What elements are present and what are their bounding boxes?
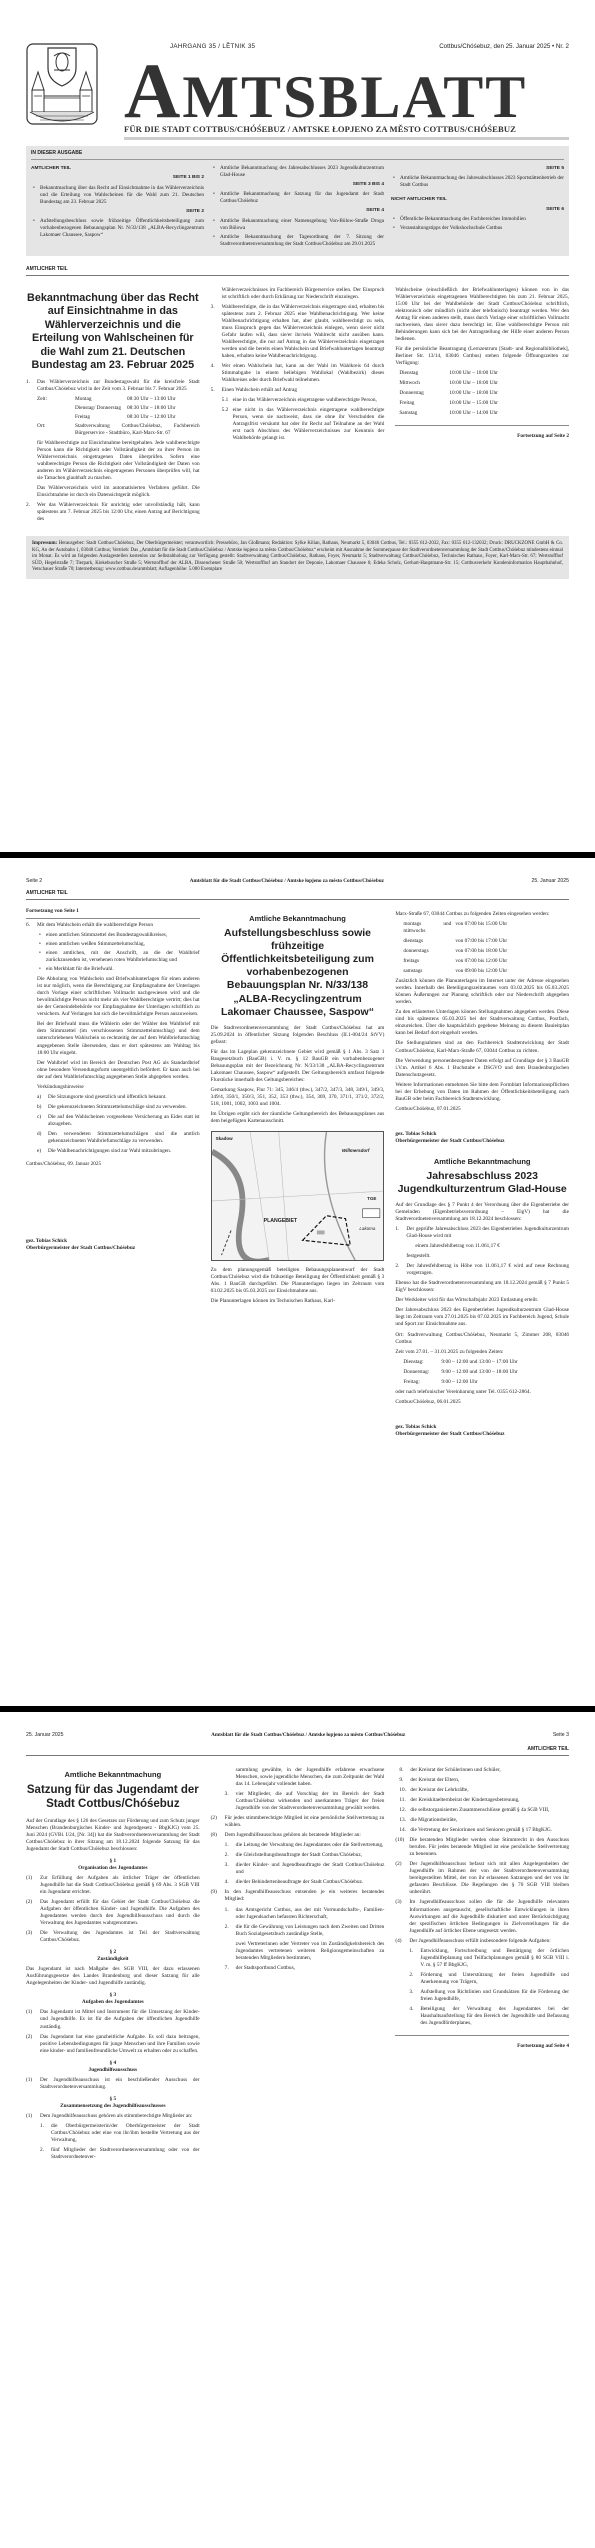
map-label: TGE — [367, 1196, 376, 1202]
list-item: 13.die Migrationsbeiräte, — [399, 1817, 569, 1824]
list-item: 5.Einen Wahlschein erhält auf Antrag — [211, 387, 385, 394]
list-item: (10)Die beratenden Mitglieder werden ohn… — [395, 1837, 569, 1858]
signature: gez. Tobias Schick Oberbürgermeister der… — [26, 1238, 200, 1252]
list-item: 3.Aufstellung von Richtlinien und Grunds… — [409, 1989, 569, 2003]
toc-column-3: SEITE 5 Amtliche Bekanntmachung des Jahr… — [391, 163, 564, 250]
section-label: AMTLICHER TEIL — [26, 266, 569, 276]
section-title: Aufgaben des Jugendamtes — [26, 1999, 200, 2006]
list-item: c)Die auf den Wahlscheinen vorgesehene V… — [37, 1114, 200, 1128]
article-bebauungsplan-cont: Marx-Straße 67, 03044 Cottbus zu folgend… — [395, 908, 569, 1438]
paragraph: Weitere Informationen entnehmen Sie bitt… — [395, 1082, 569, 1103]
toc-item[interactable]: Aufstellungsbeschluss sowie frühzeitige … — [31, 218, 204, 239]
paragraph: oder nach telefonischer Vereinbarung unt… — [395, 1389, 569, 1396]
article-heading: Aufstellungsbeschluss sowie frühzeitige … — [211, 927, 385, 1019]
place-date: Cottbus/Chóśebuz, 06.01.2025 — [395, 1399, 569, 1406]
list-item: 3.die/der Kinder- und Jugendbeauftragte … — [225, 1862, 385, 1876]
list-item: (1)Der Jugendhilfeausschuss ist ein besc… — [26, 2077, 200, 2091]
list-item: 5.2eine nicht in das Wählerverzeichnis e… — [222, 407, 385, 442]
section-title: Organisation des Jugendamtes — [26, 1865, 200, 1872]
article-wahl: Bekanntmachung über das Recht auf Einsic… — [26, 284, 569, 526]
paragraph: Ort: Stadtverwaltung Cottbus/Chóśebuz, N… — [395, 1332, 569, 1346]
paragraph: Zu dem planungsgemäß beteiligten Bebauun… — [211, 1267, 385, 1295]
article-kicker: Amtliche Bekanntmachung — [26, 1770, 200, 1780]
hours-table: Dienstag:9:00 – 12:00 und 13:00 – 17:00 … — [403, 1359, 569, 1386]
masthead: JAHRGANG 35 / LĚTNIK 35 Cottbus/Chóśebuz… — [26, 40, 569, 140]
city-crest-icon — [26, 40, 98, 126]
site-map-image: Skadow Willmersdorf PLANGEBIET TGE Lakom… — [211, 1131, 385, 1261]
paragraph: Der Werkleiter wird für das Wirtschaftsj… — [395, 1297, 569, 1304]
paragraph: Zeit vom 27.01. – 31.01.2025 zu folgende… — [395, 1349, 569, 1356]
list-item: 12.die selbstorganisierten Zusammenschlü… — [399, 1807, 569, 1814]
page-2: Seite 2 Amtsblatt für die Stadt Cottbus/… — [0, 858, 595, 1706]
map-label: PLANGEBIET — [264, 1218, 297, 1225]
article-jugendamt: Amtliche Bekanntmachung Satzung für das … — [26, 1764, 569, 2164]
list-item: 6.Mit dem Wahlschein erhält die wahlbere… — [26, 922, 200, 929]
list-item: 9.der Kreisrat der Eltern, — [399, 1777, 569, 1784]
list-item: (3)Im Jugendhilfeausschuss sollen die fü… — [395, 1899, 569, 1934]
list-item: (1)Dem Jugendhilfeausschuss gehören als … — [26, 2113, 200, 2120]
running-title: Amtsblatt für die Stadt Cottbus/Chóśebuz… — [190, 878, 384, 884]
section-number: § 5 — [26, 2096, 200, 2103]
list-item: (9)In den Jugendhilfeausschuss entsenden… — [211, 1889, 385, 1903]
hours-table: montags und mittwochsvon 07:00 bis 15:00… — [403, 921, 569, 975]
paragraph: Verkündungshinweise — [26, 1084, 200, 1091]
paragraph: Für die persönliche Beantragung (Lernzen… — [395, 346, 569, 367]
list-item: 1.die Oberbürgermeisterin/der Oberbürger… — [40, 2123, 200, 2144]
list-item: (4)Der Jugendhilfeausschuss erfüllt insb… — [395, 1938, 569, 1945]
toc-item[interactable]: Amtliche Bekanntmachung der Tagesordnung… — [211, 234, 384, 248]
article-kicker: Amtliche Bekanntmachung — [395, 1157, 569, 1167]
article-bebauungsplan: Amtliche Bekanntmachung Aufstellungsbesc… — [211, 908, 385, 1438]
list-item: (2)Für jedes stimmberechtigte Mitglied i… — [211, 1815, 385, 1829]
section-number: § 4 — [26, 2060, 200, 2067]
impressum: Impressum: Herausgeber: Stadt Cottbus/Ch… — [26, 536, 569, 579]
paragraph: einem Jahresfehlbetrag von 11.061,17 € — [395, 1243, 569, 1250]
section-title: Zusammensetzung des Jugendhilfeausschuss… — [26, 2103, 200, 2110]
list-item: d)Den verwendeten Stimmzettelumschlägen … — [37, 1131, 200, 1145]
paragraph: Das Wählerverzeichnis wird im automatisi… — [26, 485, 200, 499]
toc-item[interactable]: Amtliche Bekanntmachung des Jahresabschl… — [211, 165, 384, 179]
opening-hours-table: Dienstag10:00 Uhr – 18:00 Uhr Mittwoch10… — [399, 370, 569, 417]
list-item: (8)Dem Jugendhilfeausschuss gehören als … — [211, 1832, 385, 1839]
list-item: 2.Wer das Wählerverzeichnis für unrichti… — [26, 502, 200, 523]
list-item: (3)Die Verwaltung des Jugendamtes ist Te… — [26, 1930, 200, 1944]
page-number: Seite 3 — [553, 1732, 569, 1738]
paragraph: Wahlscheine (einschließlich der Briefwah… — [395, 287, 569, 343]
paragraph: Zusätzlich können die Planunterlagen im … — [395, 978, 569, 1006]
title-rest: MTSBLATT — [182, 64, 527, 130]
paragraph: Die Abholung von Wahlschein und Briefwah… — [26, 976, 200, 1018]
page-number: Seite 2 — [26, 878, 42, 884]
list-item: 3.vier Mitglieder, die auf Vorschlag der… — [225, 1791, 385, 1812]
table-of-contents: IN DIESER AUSGABE AMTLICHER TEIL SEITE 1… — [26, 146, 569, 256]
article-glad-house: Amtliche Bekanntmachung Jahresabschluss … — [395, 1157, 569, 1438]
toc-item[interactable]: Öffentliche Bekanntmachung des Fachberei… — [391, 216, 564, 223]
article-heading: Bekanntmachung über das Recht auf Einsic… — [26, 292, 200, 373]
list-item: e)Die Wahlbenachrichtigungen sind zur Wa… — [37, 1148, 200, 1155]
paragraph: Der Jahresabschluss 2023 des Eigenbetrie… — [395, 1307, 569, 1328]
issue-date: 25. Januar 2025 — [26, 1732, 64, 1738]
paragraph: Für das im Lageplan gekennzeichnete Gebi… — [211, 1049, 385, 1084]
signature: gez. Tobias Schick Oberbürgermeister der… — [395, 1424, 569, 1438]
paragraph: Die Verwendung personenbezogener Daten e… — [395, 1058, 569, 1079]
running-header: 25. Januar 2025 Amtsblatt für die Stadt … — [26, 1732, 569, 1738]
toc-item[interactable]: Bekanntmachung über das Recht auf Einsic… — [31, 185, 204, 206]
impressum-label: Impressum: — [32, 541, 57, 546]
title-initial: A — [124, 47, 182, 134]
continued-from: Fortsetzung von Seite 1 — [26, 908, 200, 919]
paragraph: Das Jugendamt ist nach Maßgabe des SGB V… — [26, 1966, 200, 1987]
article-wahl-continued: Fortsetzung von Seite 1 6.Mit dem Wahlsc… — [26, 908, 200, 1438]
list-item: b)Die gekennzeichneten Stimmzettelumschl… — [37, 1104, 200, 1111]
paragraph: Gemarkung Saspow, Flur 71: 345, 346/4 (t… — [211, 1087, 385, 1108]
paragraph: Ebenso hat die Stadtverordnetenversammlu… — [395, 1280, 569, 1294]
issue-date-number: Cottbus/Chóśebuz, den 25. Januar 2025 • … — [439, 43, 569, 50]
list-item: 4.Wer einen Wahlschein hat, kann an der … — [211, 363, 385, 384]
toc-item[interactable]: Amtliche Bekanntmachung des Jahresabschl… — [391, 175, 564, 189]
paragraph: Auf der Grundlage des § 126 des Gesetzes… — [26, 1818, 200, 1853]
list-item: a)Die Sitzungsorte sind gesetzlich und ö… — [37, 1094, 200, 1101]
toc-section-label: NICHT AMTLICHER TEIL — [391, 197, 564, 203]
list-item: 1.Das Wählerverzeichnis zur Bundestagswa… — [26, 379, 200, 393]
paragraph: Auf der Grundlage des § 7 Punkt 4 der Ve… — [395, 1202, 569, 1223]
hours-table: Zeit:Montag08:30 Uhr – 13:00 Uhr Diensta… — [37, 396, 200, 437]
paragraph: Im Übrigen ergibt sich der räumliche Gel… — [211, 1111, 385, 1125]
page-1: JAHRGANG 35 / LĚTNIK 35 Cottbus/Chóśebuz… — [0, 0, 595, 852]
list-item: 1.Entwicklung, Fortschreibung und Bestät… — [409, 1948, 569, 1969]
list-item: 1.das Amtsgericht Cottbus, aus der mit V… — [225, 1907, 385, 1921]
list-item: 2.Der Jahresfehlbetrag in Höhe von 11.06… — [395, 1263, 569, 1277]
list-item: einen amtlichen Stimmzettel des Bundesta… — [37, 932, 200, 939]
toc-page-ref: SEITE 2 — [31, 209, 204, 215]
toc-item[interactable]: Amtliche Bekanntmachung einer Namensgebu… — [211, 218, 384, 232]
issue-date: 25. Januar 2025 — [531, 878, 569, 884]
list-item: 2.Förderung und Unterstützung der freien… — [409, 1972, 569, 1986]
list-item: einen amtlichen weißen Stimmzettelumschl… — [37, 941, 200, 948]
list-item: 1.Der geprüfte Jahresabschluss 2023 des … — [395, 1226, 569, 1240]
paragraph: festgestellt. — [395, 1253, 569, 1260]
section-title: Jugendhilfeausschuss — [26, 2067, 200, 2074]
section-number: § 3 — [26, 1992, 200, 1999]
list-item: 8.der Kreisrat der Schülerinnen und Schü… — [399, 1767, 569, 1774]
list-item: (2)Das Jugendamt hat eine ganzheitliche … — [26, 2034, 200, 2055]
section-number: § 1 — [26, 1858, 200, 1865]
list-item: 10.der Kreisrat der Lehrkräfte, — [399, 1787, 569, 1794]
toc-section-label: AMTLICHER TEIL — [31, 166, 204, 172]
map-label: Willmersdorf — [342, 1148, 369, 1154]
list-item: (1)Das Jugendamt ist Mittel und Instrume… — [26, 2009, 200, 2030]
section-number: § 2 — [26, 1949, 200, 1956]
toc-page-ref: SEITE 6 — [391, 207, 564, 213]
article-heading: Jahresabschluss 2023 Jugendkulturzentrum… — [395, 1170, 569, 1196]
list-item: 3.Wahlberechtigte, die in das Wählerverz… — [211, 304, 385, 360]
list-item: 5.1eine in das Wählerverzeichnis eingetr… — [222, 397, 385, 404]
map-label: Skadow — [216, 1136, 233, 1142]
signature: gez. Tobias Schick Oberbürgermeister der… — [395, 1131, 569, 1145]
list-item: 4.die/der Behindertenbeauftragte der Sta… — [225, 1879, 385, 1886]
paragraph: sammlung gewählte, in der Jugendhilfe er… — [211, 1767, 385, 1788]
paragraph: Wählerverzeichnisses im Fachbereich Bürg… — [211, 287, 385, 301]
page-3: 25. Januar 2025 Amtsblatt für die Stadt … — [0, 1712, 595, 2548]
continuation-note[interactable]: Fortsetzung auf Seite 2 — [395, 425, 569, 440]
jahrgang: JAHRGANG 35 / LĚTNIK 35 — [170, 43, 255, 50]
list-item: (1)Zur Erfüllung der Aufgaben als örtlic… — [26, 1875, 200, 1896]
continuation-note[interactable]: Fortsetzung auf Seite 4 — [395, 2035, 569, 2050]
list-item: 11.der Kreiskitaelternbeirat der Kindert… — [399, 1797, 569, 1804]
place-date: Cottbus/Chóśebuz, 07.01.2025 — [395, 1106, 569, 1113]
list-item: ein Merkblatt für die Briefwahl. — [37, 966, 200, 973]
masthead-rule — [124, 137, 569, 140]
toc-item[interactable]: Amtliche Bekanntmachung der Satzung für … — [211, 191, 384, 205]
paragraph: Die Stadtverordnetenversammlung der Stad… — [211, 1025, 385, 1046]
paragraph: für Wahlberechtigte zur Einsichtnahme be… — [26, 440, 200, 482]
list-item: 4.Beteiligung der Verwaltung des Jugenda… — [409, 2006, 569, 2027]
paragraph: Marx-Straße 67, 03044 Cottbus zu folgend… — [395, 911, 569, 918]
list-item: einen amtlichen, mit der Anschrift, an d… — [37, 950, 200, 964]
list-item: 7.der Stadtsportbund Cottbus, — [225, 1965, 385, 1972]
toc-column-1: AMTLICHER TEIL SEITE 1 BIS 2 Bekanntmach… — [31, 163, 204, 250]
paragraph: Die Planunterlagen können im Technischen… — [211, 1298, 385, 1305]
list-item: 2.die für die Gewährung von Leistungen n… — [225, 1924, 385, 1938]
article-kicker: Amtliche Bekanntmachung — [211, 914, 385, 924]
toc-heading: IN DIESER AUSGABE — [31, 150, 564, 160]
section-label: AMTLICHER TEIL — [26, 890, 569, 900]
paragraph: Zu den erläuterten Unterlagen können Ste… — [395, 1009, 569, 1037]
place-date: Cottbus/Chóśebuz, 09. Januar 2025 — [26, 1161, 200, 1168]
impressum-text: Herausgeber: Stadt Cottbus/Chóśebuz, Der… — [32, 541, 563, 572]
running-header: Seite 2 Amtsblatt für die Stadt Cottbus/… — [26, 878, 569, 884]
article-heading: Satzung für das Jugendamt der Stadt Cott… — [26, 1783, 200, 1812]
section-label: AMTLICHER TEIL — [26, 1746, 569, 1756]
toc-item[interactable]: Veranstaltungstipps der Volkshochschule … — [391, 225, 564, 232]
list-item: 14.die Vertretung der Seniorinnen und Se… — [399, 1827, 569, 1834]
list-item: (2)Das Jugendamt erfüllt für das Gebiet … — [26, 1899, 200, 1927]
map-label: Lakoma — [359, 1226, 375, 1232]
toc-page-ref: SEITE 4 — [211, 208, 384, 214]
list-item: 2.die Gleichstellungsbeauftragte der Sta… — [225, 1852, 385, 1859]
paragraph: Bei der Briefwahl muss die Wählerin oder… — [26, 1021, 200, 1056]
paragraph: Die Stellungnahmen sind an den Fachberei… — [395, 1040, 569, 1054]
toc-page-ref: SEITE 3 BIS 4 — [211, 182, 384, 188]
list-item: 1.die Leitung der Verwaltung des Jugenda… — [225, 1842, 385, 1849]
running-title: Amtsblatt für die Stadt Cottbus/Chóśebuz… — [211, 1732, 405, 1738]
masthead-subtitle: FÜR DIE STADT COTTBUS/CHÓŚEBUZ / AMTSKE … — [124, 124, 516, 134]
toc-column-2: Amtliche Bekanntmachung des Jahresabschl… — [211, 163, 384, 250]
section-title: Zuständigkeit — [26, 1956, 200, 1963]
toc-page-ref: SEITE 5 — [391, 166, 564, 172]
paragraph: Der Wahlbrief wird im Bereich der Deutsc… — [26, 1060, 200, 1081]
masthead-title: AMTSBLATT — [124, 52, 527, 130]
paragraph: zwei Vertreterinnen oder Vertreter von i… — [211, 1941, 385, 1962]
list-item: (2)Der Jugendhilfeausschuss befasst sich… — [395, 1861, 569, 1896]
toc-page-ref: SEITE 1 BIS 2 — [31, 175, 204, 181]
list-item: 2.fünf Mitglieder der Stadtverordnetenve… — [40, 2147, 200, 2161]
